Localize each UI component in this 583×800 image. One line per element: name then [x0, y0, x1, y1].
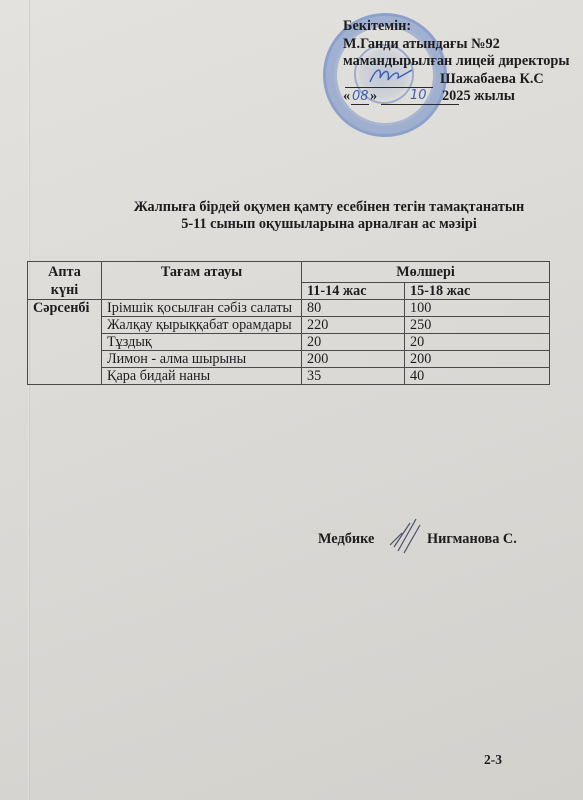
table-row: Жалқау қырыққабат орамдары 220 250	[28, 317, 550, 334]
dish-cell: Ірімшік қосылған сәбіз салаты	[102, 300, 302, 317]
table-row: Тұздық 20 20	[28, 334, 550, 351]
approval-school: М.Ганди атындағы №92	[343, 36, 570, 54]
nurse-signature-icon	[388, 515, 424, 555]
header-amount: Мөлшері	[302, 262, 550, 283]
day-cell: Сәрсенбі	[28, 300, 102, 385]
date-day: 08	[352, 89, 369, 104]
title-line-1: Жалпыға бірдей оқумен қамту есебінен тег…	[0, 199, 583, 216]
approval-heading: Бекітемін:	[343, 18, 570, 36]
table-row: Сәрсенбі Ірімшік қосылған сәбіз салаты 8…	[28, 300, 550, 317]
amount-11-14-cell: 200	[302, 351, 405, 368]
header-age-11-14: 11-14 жас	[302, 282, 405, 299]
amount-15-18-cell: 250	[405, 317, 550, 334]
amount-11-14-cell: 35	[302, 368, 405, 385]
dish-cell: Лимон - алма шырыны	[102, 351, 302, 368]
date-open-quote: «	[343, 88, 350, 105]
page-number: 2-3	[484, 752, 502, 768]
amount-15-18-cell: 40	[405, 368, 550, 385]
director-signature-icon	[368, 64, 418, 86]
amount-15-18-cell: 20	[405, 334, 550, 351]
dish-cell: Тұздық	[102, 334, 302, 351]
table-row: Лимон - алма шырыны 200 200	[28, 351, 550, 368]
amount-11-14-cell: 80	[302, 300, 405, 317]
date-month: 10	[410, 88, 427, 103]
nurse-role: Медбике	[318, 531, 374, 548]
amount-11-14-cell: 220	[302, 317, 405, 334]
date-day-line	[351, 104, 369, 105]
amount-15-18-cell: 200	[405, 351, 550, 368]
amount-11-14-cell: 20	[302, 334, 405, 351]
title-line-2: 5-11 сынып оқушыларына арналған ас мәзір…	[0, 216, 583, 233]
header-dish: Тағам атауы	[102, 262, 302, 300]
date-month-line	[381, 104, 459, 105]
dish-cell: Қара бидай наны	[102, 368, 302, 385]
header-day: Апта күні	[28, 262, 102, 300]
menu-table: Апта күні Тағам атауы Мөлшері 11-14 жас …	[27, 261, 550, 385]
nurse-name: Нигманова С.	[427, 531, 517, 548]
dish-cell: Жалқау қырыққабат орамдары	[102, 317, 302, 334]
header-age-15-18: 15-18 жас	[405, 282, 550, 299]
date-close-quote: »	[370, 88, 377, 105]
amount-15-18-cell: 100	[405, 300, 550, 317]
document-title: Жалпыға бірдей оқумен қамту есебінен тег…	[0, 199, 583, 233]
paper-fold-line	[28, 0, 31, 800]
table-row: Қара бидай наны 35 40	[28, 368, 550, 385]
